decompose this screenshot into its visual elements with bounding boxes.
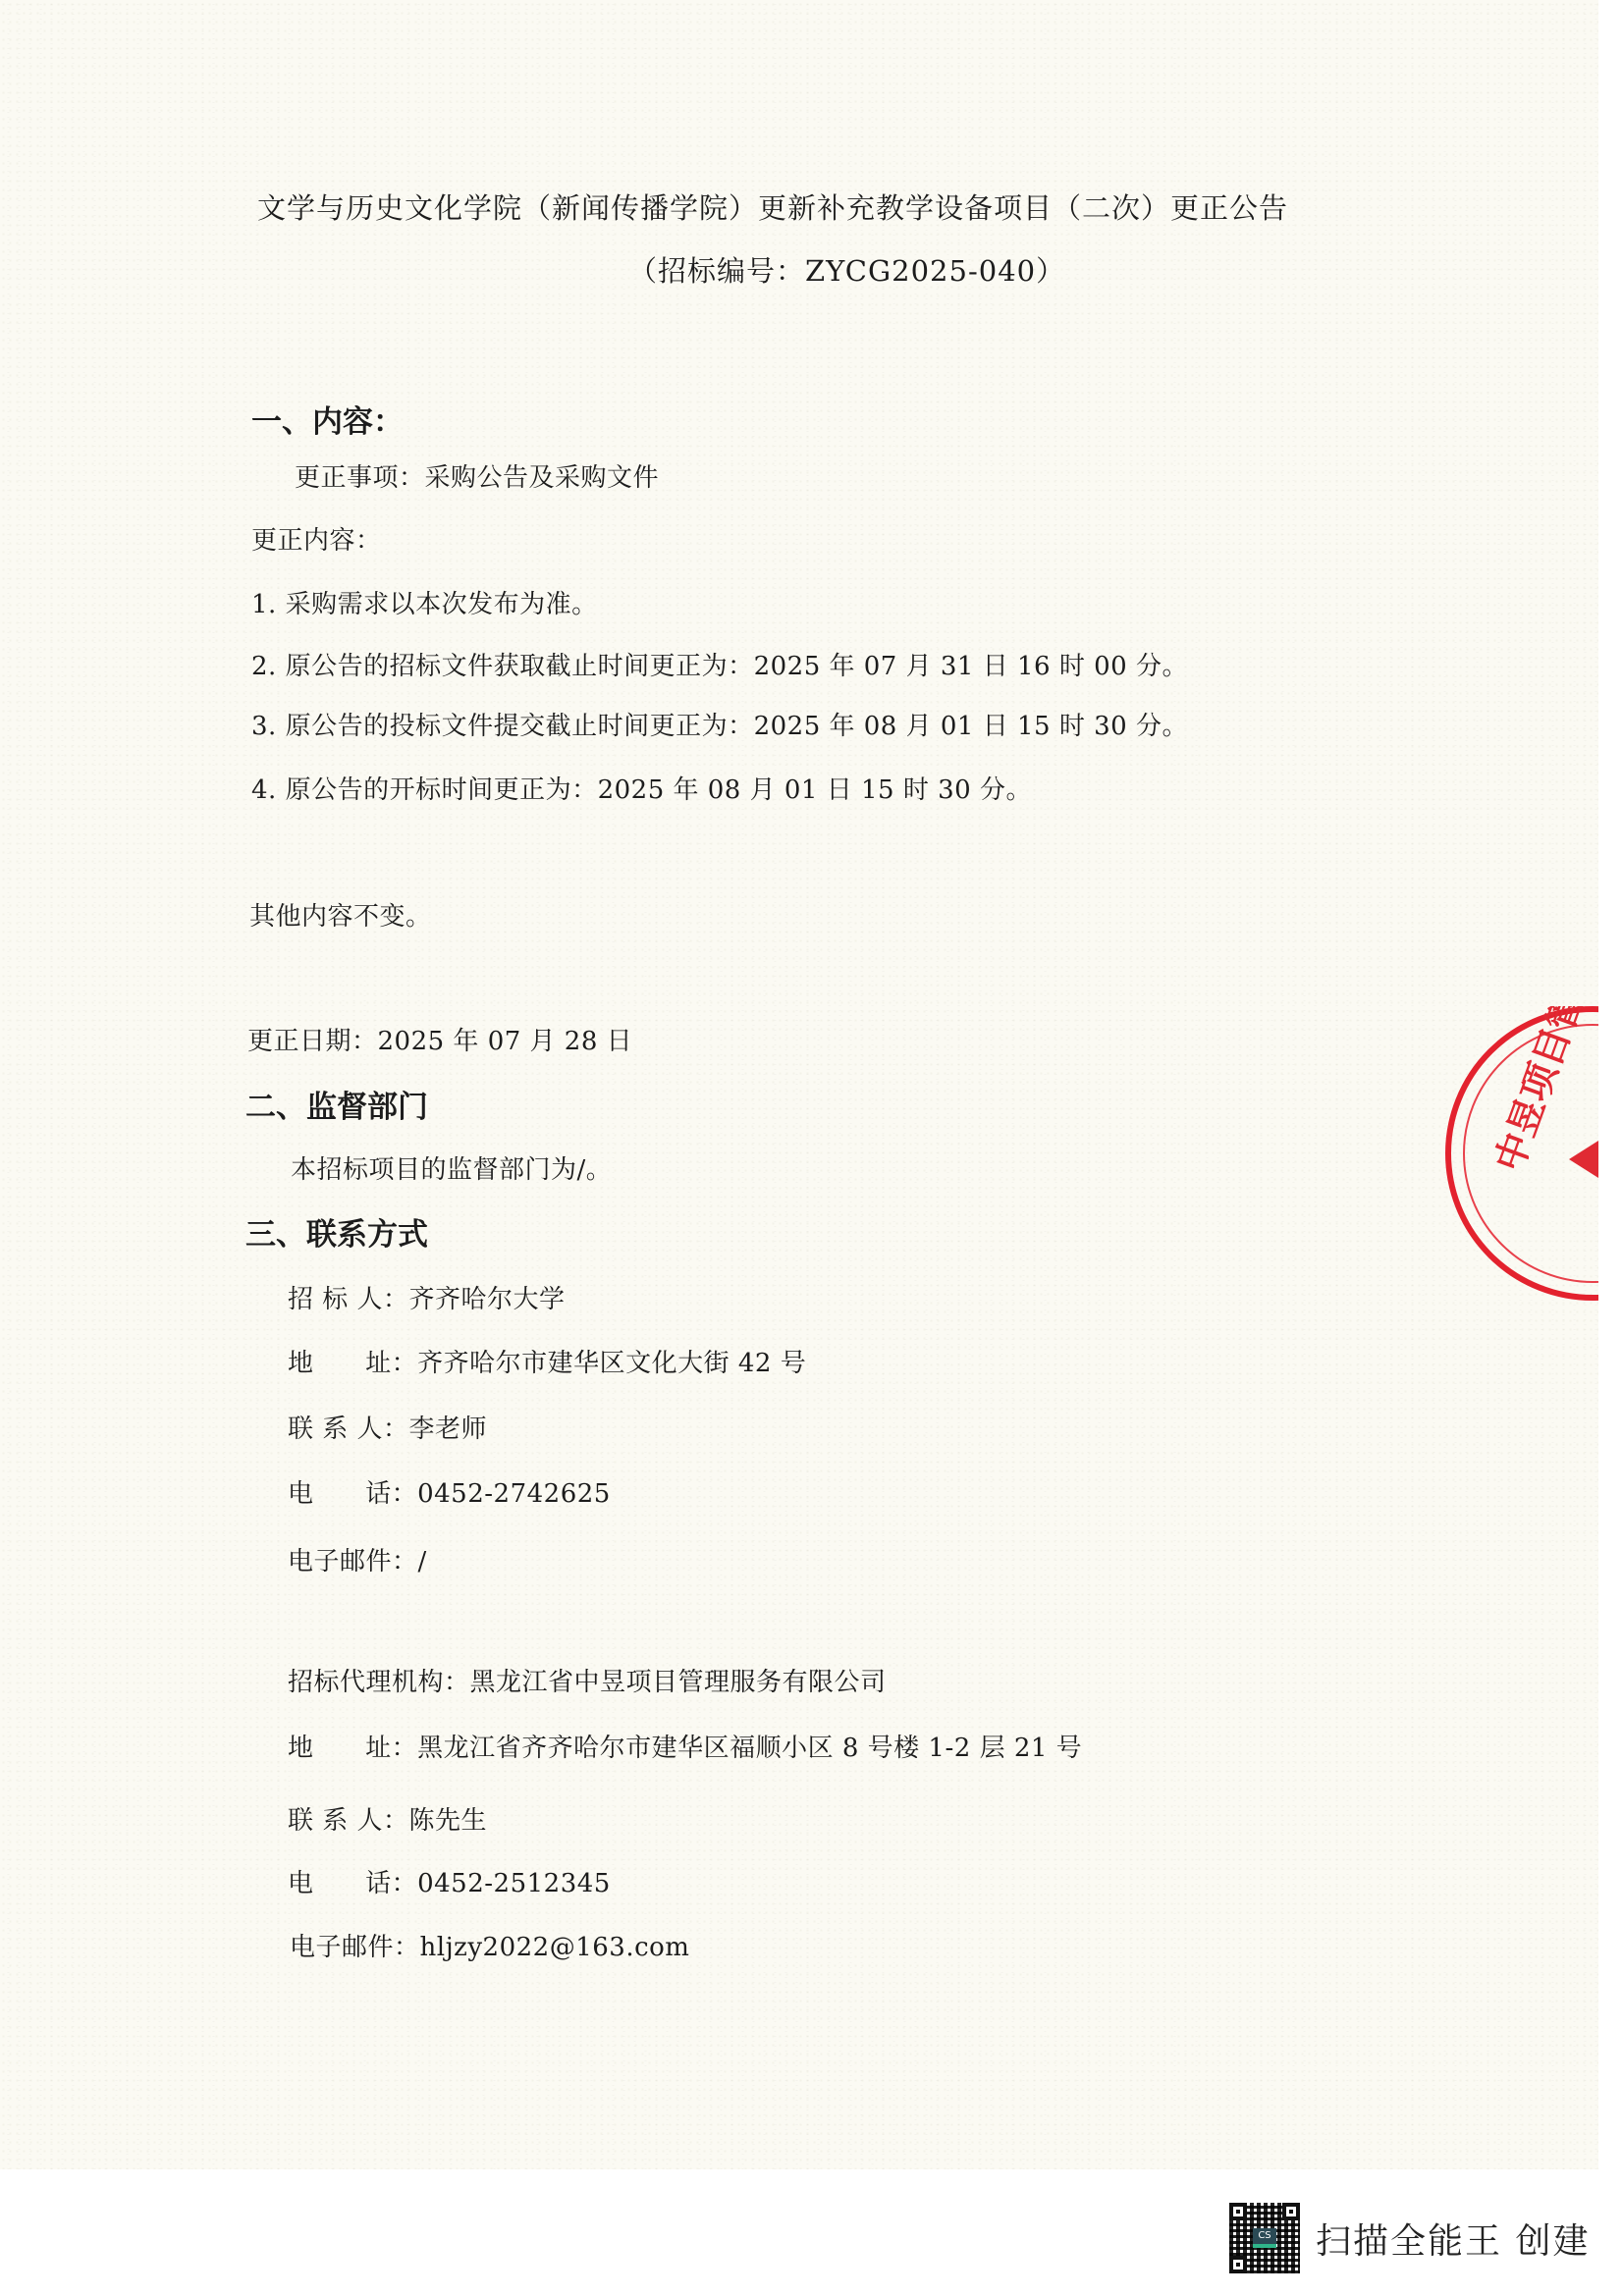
other-unchanged: 其他内容不变。 [249,896,432,933]
official-seal-stamp: 中昱项目管理服务有限 [1445,1006,1622,1301]
purchaser-name-label: 招 标 人： [288,1279,409,1315]
purchaser-contact-row: 联 系 人：李老师 [288,1409,487,1445]
watermark-text: 扫描全能王 创建 [1316,2214,1590,2264]
agency-name: 黑龙江省中昱项目管理服务有限公司 [470,1668,887,1697]
agency-name-row: 招标代理机构：黑龙江省中昱项目管理服务有限公司 [288,1662,887,1698]
section-2-heading: 二、监督部门 [245,1082,428,1126]
purchaser-contact: 李老师 [409,1415,488,1444]
purchaser-phone-row: 电 话：0452-2742625 [288,1473,611,1510]
correction-item-2: 2. 原公告的招标文件获取截止时间更正为：2025 年 07 月 31 日 16… [251,646,1188,682]
purchaser-address-label: 地 址： [288,1343,417,1379]
agency-address: 黑龙江省齐齐哈尔市建华区福顺小区 8 号楼 1-2 层 21 号 [417,1734,1082,1763]
purchaser-email-label: 电子邮件： [288,1541,418,1577]
agency-contact-label: 联 系 人： [288,1800,409,1837]
section-1-heading: 一、内容： [251,397,404,441]
scanner-watermark: CS 扫描全能王 创建 [1229,2199,1590,2277]
section-3-heading: 三、联系方式 [245,1209,428,1254]
purchaser-contact-label: 联 系 人： [288,1409,409,1445]
agency-name-label: 招标代理机构： [288,1662,470,1698]
agency-phone: 0452-2512345 [417,1869,611,1898]
agency-email: hljzy2022@163.com [420,1933,690,1962]
agency-contact: 陈先生 [409,1806,488,1836]
agency-contact-row: 联 系 人：陈先生 [288,1800,487,1837]
agency-email-row: 电子邮件：hljzy2022@163.com [290,1927,689,1963]
agency-email-label: 电子邮件： [290,1927,420,1963]
scanned-page: 文学与历史文化学院（新闻传播学院）更新补充教学设备项目（二次）更正公告 （招标编… [0,0,1598,2169]
agency-address-label: 地 址： [288,1728,417,1764]
correction-item-3: 3. 原公告的投标文件提交截止时间更正为：2025 年 08 月 01 日 15… [251,706,1188,742]
purchaser-phone: 0452-2742625 [417,1479,611,1509]
purchaser-address-row: 地 址：齐齐哈尔市建华区文化大街 42 号 [288,1343,806,1379]
camscanner-logo-icon: CS [1253,2228,1276,2248]
purchaser-phone-label: 电 话： [288,1473,417,1510]
correction-item: 更正事项：采购公告及采购文件 [295,457,659,494]
correction-item-1: 1. 采购需求以本次发布为准。 [251,584,598,620]
tender-number: （招标编号：ZYCG2025-040） [628,249,1065,290]
correction-content-label: 更正内容： [251,520,382,557]
purchaser-email-row: 电子邮件：/ [288,1541,427,1577]
qr-code-icon: CS [1229,2203,1300,2273]
supervision-text: 本招标项目的监督部门为/。 [291,1149,612,1186]
agency-phone-row: 电 话：0452-2512345 [288,1863,611,1899]
purchaser-name: 齐齐哈尔大学 [409,1285,566,1314]
purchaser-name-row: 招 标 人：齐齐哈尔大学 [288,1279,566,1315]
agency-phone-label: 电 话： [288,1863,417,1899]
purchaser-address: 齐齐哈尔市建华区文化大街 42 号 [417,1349,806,1378]
purchaser-email: / [418,1547,427,1576]
seal-star-icon [1569,1122,1622,1197]
correction-date: 更正日期：2025 年 07 月 28 日 [247,1021,632,1057]
agency-address-row: 地 址：黑龙江省齐齐哈尔市建华区福顺小区 8 号楼 1-2 层 21 号 [288,1728,1082,1764]
document-title: 文学与历史文化学院（新闻传播学院）更新补充教学设备项目（二次）更正公告 [257,187,1288,227]
correction-item-4: 4. 原公告的开标时间更正为：2025 年 08 月 01 日 15 时 30 … [251,770,1032,806]
